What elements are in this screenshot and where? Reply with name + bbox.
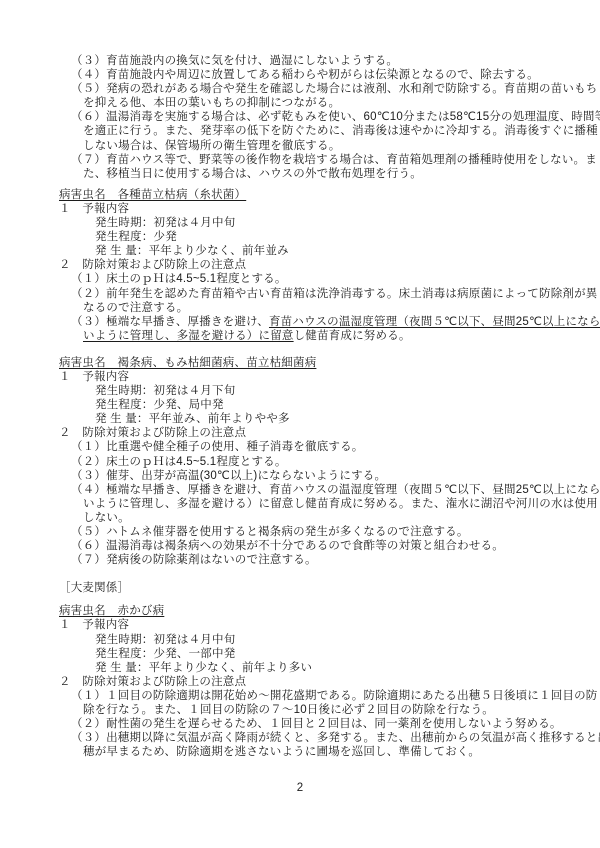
text-run: （２）床土のｐＨは4.5~5.1程度とする。 — [71, 456, 287, 468]
text-run: 発生程度：少発、局中発 — [95, 399, 224, 411]
text-run: （７）発病後の防除薬剤はないので注意する。 — [71, 554, 317, 566]
numbered-heading: １ 予報内容 — [0, 202, 600, 216]
text-run: （１）比重選や健全種子の使用、種子消毒を徹底する。 — [71, 441, 364, 453]
underlined-text-run: 病害虫名 各種苗立枯病（糸状菌） — [59, 189, 246, 201]
text-run: を適正に行う。また、発芽率の低下を防ぐために、消毒後は速やかに冷却する。消毒後す… — [83, 125, 598, 137]
text-run: （１）１回目の防除適期は開花始め～開花盛期である。防除適期にあたる出穂５日後頃に… — [71, 690, 598, 702]
text-run: た、移植当日に使用する場合は、ハウスの外で散布処理を行う。 — [83, 168, 422, 180]
item-line: （６）温湯消毒は褐条病への効果が不十分であるので食酢等の対策と組合わせる。 — [0, 539, 600, 553]
continuation-line: いように管理し、多湿を避ける）に留意し健苗育成に努める。また、潅水に湖沼や河川の… — [0, 497, 600, 511]
text-run: 除を行なう。また、１回目の防除の７～10日後に必ず２回目の防除を行なう。 — [83, 704, 494, 716]
continuation-line: しない。 — [0, 511, 600, 525]
item-line: （２）前年発生を認めた育苗箱や古い育苗箱は洗浄消毒する。床土消毒は病原菌によって… — [0, 287, 600, 301]
disease-heading: 病害虫名 赤かび病 — [0, 604, 600, 618]
item-line: （４）極端な早播き、厚播きを避け、育苗ハウスの温湿度管理（夜間５℃以下、昼間25… — [0, 483, 600, 497]
numbered-heading: ２ 防除対策および防除上の注意点 — [0, 258, 600, 272]
text-run: いように管理し、多湿を避ける）に留意し健苗育成に努める。また、潅水に湖沼や河川の… — [83, 498, 598, 510]
text-run: （３）極端な早播き、厚播きを避け、 — [71, 316, 269, 328]
text-run: 発 生 量：平年より少なく、前年より多い — [95, 662, 312, 674]
text-run: （７）育苗ハウス等で、野菜等の後作物を栽培する場合は、育苗箱処理剤の播種時使用を… — [71, 154, 597, 166]
text-run: （３）出穂期以降に気温が高く降雨が続くと、多発する。また、出穂前からの気温が高く… — [71, 732, 600, 744]
forecast-line: 発生時期：初発は４月下旬 — [0, 384, 600, 398]
numbered-heading: １ 予報内容 — [0, 370, 600, 384]
item-line: （７）発病後の防除薬剤はないので注意する。 — [0, 553, 600, 567]
section-label: ［大麦関係］ — [0, 581, 600, 595]
numbered-heading: ２ 防除対策および防除上の注意点 — [0, 675, 600, 689]
text-run: （２）耐性菌の発生を遅らせるため、１回目と２回目は、同一薬剤を使用しないよう努め… — [71, 718, 562, 730]
item-line: （２）耐性菌の発生を遅らせるため、１回目と２回目は、同一薬剤を使用しないよう努め… — [0, 717, 600, 731]
text-run: ２ 防除対策および防除上の注意点 — [59, 259, 246, 271]
item-line: （３）出穂期以降に気温が高く降雨が続くと、多発する。また、出穂前からの気温が高く… — [0, 731, 600, 745]
item-line: （６）温湯消毒を実施する場合は、必ず乾もみを使い、60℃10分または58℃15分… — [0, 110, 600, 124]
item-line: （１）１回目の防除適期は開花始め～開花盛期である。防除適期にあたる出穂５日後頃に… — [0, 689, 600, 703]
text-run: 発生時期：初発は４月下旬 — [95, 385, 235, 397]
numbered-heading: ２ 防除対策および防除上の注意点 — [0, 426, 600, 440]
text-run: 発 生 量：平年より少なく、前年並み — [95, 245, 289, 257]
item-line: （５）ハトムネ催芽器を使用すると褐条病の発生が多くなるので注意する。 — [0, 525, 600, 539]
document-content: （３）育苗施設内の換気に気を付け、過湿にしないようする。（４）育苗施設内や周辺に… — [0, 54, 600, 759]
text-run: （５）ハトムネ催芽器を使用すると褐条病の発生が多くなるので注意する。 — [71, 526, 469, 538]
forecast-line: 発生程度：少発、一部中発 — [0, 647, 600, 661]
continuation-line: なるので注意する。 — [0, 301, 600, 315]
text-run: （６）温湯消毒を実施する場合は、必ず乾もみを使い、60℃10分または58℃15分… — [71, 111, 600, 123]
text-run: ［大麦関係］ — [59, 582, 129, 594]
text-run: しない。 — [83, 512, 130, 524]
page-number: 2 — [0, 782, 600, 794]
text-run: 発 生 量：平年並み、前年よりやや多 — [95, 413, 290, 425]
item-line: （３）催芽、出芽が高温(30℃以上)にならないようにする。 — [0, 469, 600, 483]
text-run: ２ 防除対策および防除上の注意点 — [59, 676, 246, 688]
item-line: （１）比重選や健全種子の使用、種子消毒を徹底する。 — [0, 440, 600, 454]
continuation-line: を適正に行う。また、発芽率の低下を防ぐために、消毒後は速やかに冷却する。消毒後す… — [0, 124, 600, 138]
text-run: （４）極端な早播き、厚播きを避け、育苗ハウスの温湿度管理（夜間５℃以下、昼間25… — [71, 484, 600, 496]
text-run: （６）温湯消毒は褐条病への効果が不十分であるので食酢等の対策と組合わせる。 — [71, 540, 504, 552]
text-run: （５）発病の恐れがある場合や発生を確認した場合には液剤、水和剤で防除する。育苗期… — [71, 83, 598, 95]
text-run: １ 予報内容 — [59, 203, 129, 215]
item-line: （２）床土のｐＨは4.5~5.1程度とする。 — [0, 455, 600, 469]
item-line: （１）床土のｐＨは4.5~5.1程度とする。 — [0, 272, 600, 286]
forecast-line: 発生程度：少発、局中発 — [0, 398, 600, 412]
text-run: を抑える他、本田の葉いもちの抑制につながる。 — [83, 97, 340, 109]
forecast-line: 発生程度：少発 — [0, 230, 600, 244]
document-page: （３）育苗施設内の換気に気を付け、過湿にしないようする。（４）育苗施設内や周辺に… — [0, 0, 600, 848]
forecast-line: 発 生 量：平年より少なく、前年並み — [0, 244, 600, 258]
text-run: 発生時期：初発は４月中旬 — [95, 634, 235, 646]
continuation-line: た、移植当日に使用する場合は、ハウスの外で散布処理を行う。 — [0, 167, 600, 181]
text-run: １ 予報内容 — [59, 371, 129, 383]
underlined-text-run: 病害虫名 赤かび病 — [59, 605, 164, 617]
continuation-line: しない場合は、保管場所の衛生管理を徹底する。 — [0, 139, 600, 153]
text-run: なるので注意する。 — [83, 302, 188, 314]
text-run: 発生程度：少発、一部中発 — [95, 648, 235, 660]
continuation-line: いように管理し、多湿を避ける）に留意し健苗育成に努める。 — [0, 329, 600, 343]
underlined-text-run: 病害虫名 褐条病、もみ枯細菌病、苗立枯細菌病 — [59, 357, 316, 369]
item-line: （４）育苗施設内や周辺に放置してある稲わらや籾がらは伝染源となるので、除去する。 — [0, 68, 600, 82]
item-line: （５）発病の恐れがある場合や発生を確認した場合には液剤、水和剤で防除する。育苗期… — [0, 82, 600, 96]
text-run: １ 予報内容 — [59, 619, 129, 631]
text-run: 発生時期：初発は４月中旬 — [95, 217, 235, 229]
text-run: （２）前年発生を認めた育苗箱や古い育苗箱は洗浄消毒する。床土消毒は病原菌によって… — [71, 288, 598, 300]
text-run: 穂が早まるため、防除適期を逃さないように圃場を巡回し、準備しておく。 — [83, 746, 480, 758]
item-line: （３）極端な早播き、厚播きを避け、育苗ハウスの温湿度管理（夜間５℃以下、昼間25… — [0, 315, 600, 329]
item-line: （７）育苗ハウス等で、野菜等の後作物を栽培する場合は、育苗箱処理剤の播種時使用を… — [0, 153, 600, 167]
disease-heading: 病害虫名 褐条病、もみ枯細菌病、苗立枯細菌病 — [0, 356, 600, 370]
forecast-line: 発生時期：初発は４月中旬 — [0, 633, 600, 647]
forecast-line: 発 生 量：平年より少なく、前年より多い — [0, 661, 600, 675]
disease-heading: 病害虫名 各種苗立枯病（糸状菌） — [0, 188, 600, 202]
text-run: （１）床土のｐＨは4.5~5.1程度とする。 — [71, 273, 287, 285]
text-run: 発生程度：少発 — [95, 231, 177, 243]
text-run: （３）育苗施設内の換気に気を付け、過湿にしないようする。 — [71, 55, 398, 67]
forecast-line: 発生時期：初発は４月中旬 — [0, 216, 600, 230]
continuation-line: 除を行なう。また、１回目の防除の７～10日後に必ず２回目の防除を行なう。 — [0, 703, 600, 717]
text-run: （３）催芽、出芽が高温(30℃以上)にならないようにする。 — [71, 470, 386, 482]
text-run: しない場合は、保管場所の衛生管理を徹底する。 — [83, 140, 340, 152]
forecast-line: 発 生 量：平年並み、前年よりやや多 — [0, 412, 600, 426]
underlined-text-run: 育苗ハウスの温湿度管理（夜間５℃以下、昼間25℃以上にならな — [269, 316, 600, 328]
text-run: （４）育苗施設内や周辺に放置してある稲わらや籾がらは伝染源となるので、除去する。 — [71, 69, 539, 81]
text-run: し健苗育成に努める。 — [294, 330, 411, 342]
continuation-line: を抑える他、本田の葉いもちの抑制につながる。 — [0, 96, 600, 110]
underlined-text-run: いように管理し、多湿を避ける）に留意 — [83, 330, 294, 342]
text-run: ２ 防除対策および防除上の注意点 — [59, 427, 246, 439]
numbered-heading: １ 予報内容 — [0, 618, 600, 632]
continuation-line: 穂が早まるため、防除適期を逃さないように圃場を巡回し、準備しておく。 — [0, 745, 600, 759]
item-line: （３）育苗施設内の換気に気を付け、過湿にしないようする。 — [0, 54, 600, 68]
